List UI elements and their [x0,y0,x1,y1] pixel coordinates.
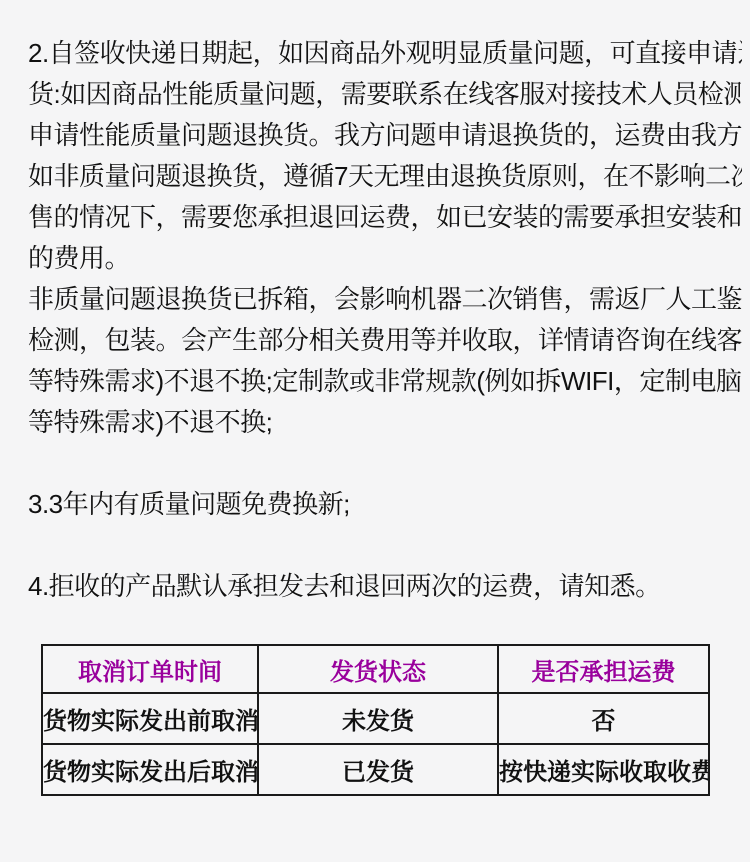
table-cell: 未发货 [258,693,498,744]
table-header-cell: 发货状态 [258,645,498,693]
after-sales-policy-page: 2.自签收快递日期起，如因商品外观明显质量问题，可直接申请退换货:如因商品性能质… [0,0,750,796]
table-header-cell: 取消订单时间 [42,645,258,693]
policy-line: 4.拒收的产品默认承担发去和退回两次的运费，请知悉。 [28,566,742,607]
policy-line: 如非质量问题退换货，遵循7天无理由退换货原则，在不影响二次销 [28,156,742,197]
policy-line: 2.自签收快递日期起，如因商品外观明显质量问题，可直接申请退换 [28,33,742,74]
policy-line: 3.3年内有质量问题免费换新; [28,484,742,525]
table-cell: 已发货 [258,744,498,795]
policy-line: 货:如因商品性能质量问题，需要联系在线客服对接技术人员检测后， [28,74,742,115]
policy-line [28,525,742,566]
policy-line [28,443,742,484]
table-row: 货物实际发出前取消未发货否 [42,693,709,744]
policy-text: 2.自签收快递日期起，如因商品外观明显质量问题，可直接申请退换货:如因商品性能质… [0,0,750,607]
table-header-cell: 是否承担运费 [498,645,709,693]
table-row: 货物实际发出后取消已发货按快递实际收取收费 [42,744,709,795]
table-cell: 货物实际发出后取消 [42,744,258,795]
table-cell: 否 [498,693,709,744]
policy-line: 检测，包装。会产生部分相关费用等并收取，详情请咨询在线客服。 [28,320,742,361]
policy-line: 售的情况下，需要您承担退回运费，如已安装的需要承担安装和拆机 [28,197,742,238]
policy-line: 等特殊需求)不退不换;定制款或非常规款(例如拆WIFI，定制电脑··· [28,361,742,402]
table-header-row: 取消订单时间发货状态是否承担运费 [42,645,709,693]
table-cell: 按快递实际收取收费 [498,744,709,795]
policy-line: 的费用。 [28,238,742,279]
policy-line: 非质量问题退换货已拆箱，会影响机器二次销售，需返厂人工鉴定， [28,279,742,320]
table-cell: 货物实际发出前取消 [42,693,258,744]
policy-line: 申请性能质量问题退换货。我方问题申请退换货的，运费由我方承担。 [28,115,742,156]
table-body: 货物实际发出前取消未发货否货物实际发出后取消已发货按快递实际收取收费 [42,693,709,795]
cancel-order-fee-table: 取消订单时间发货状态是否承担运费 货物实际发出前取消未发货否货物实际发出后取消已… [41,644,710,796]
policy-line: 等特殊需求)不退不换; [28,402,742,443]
